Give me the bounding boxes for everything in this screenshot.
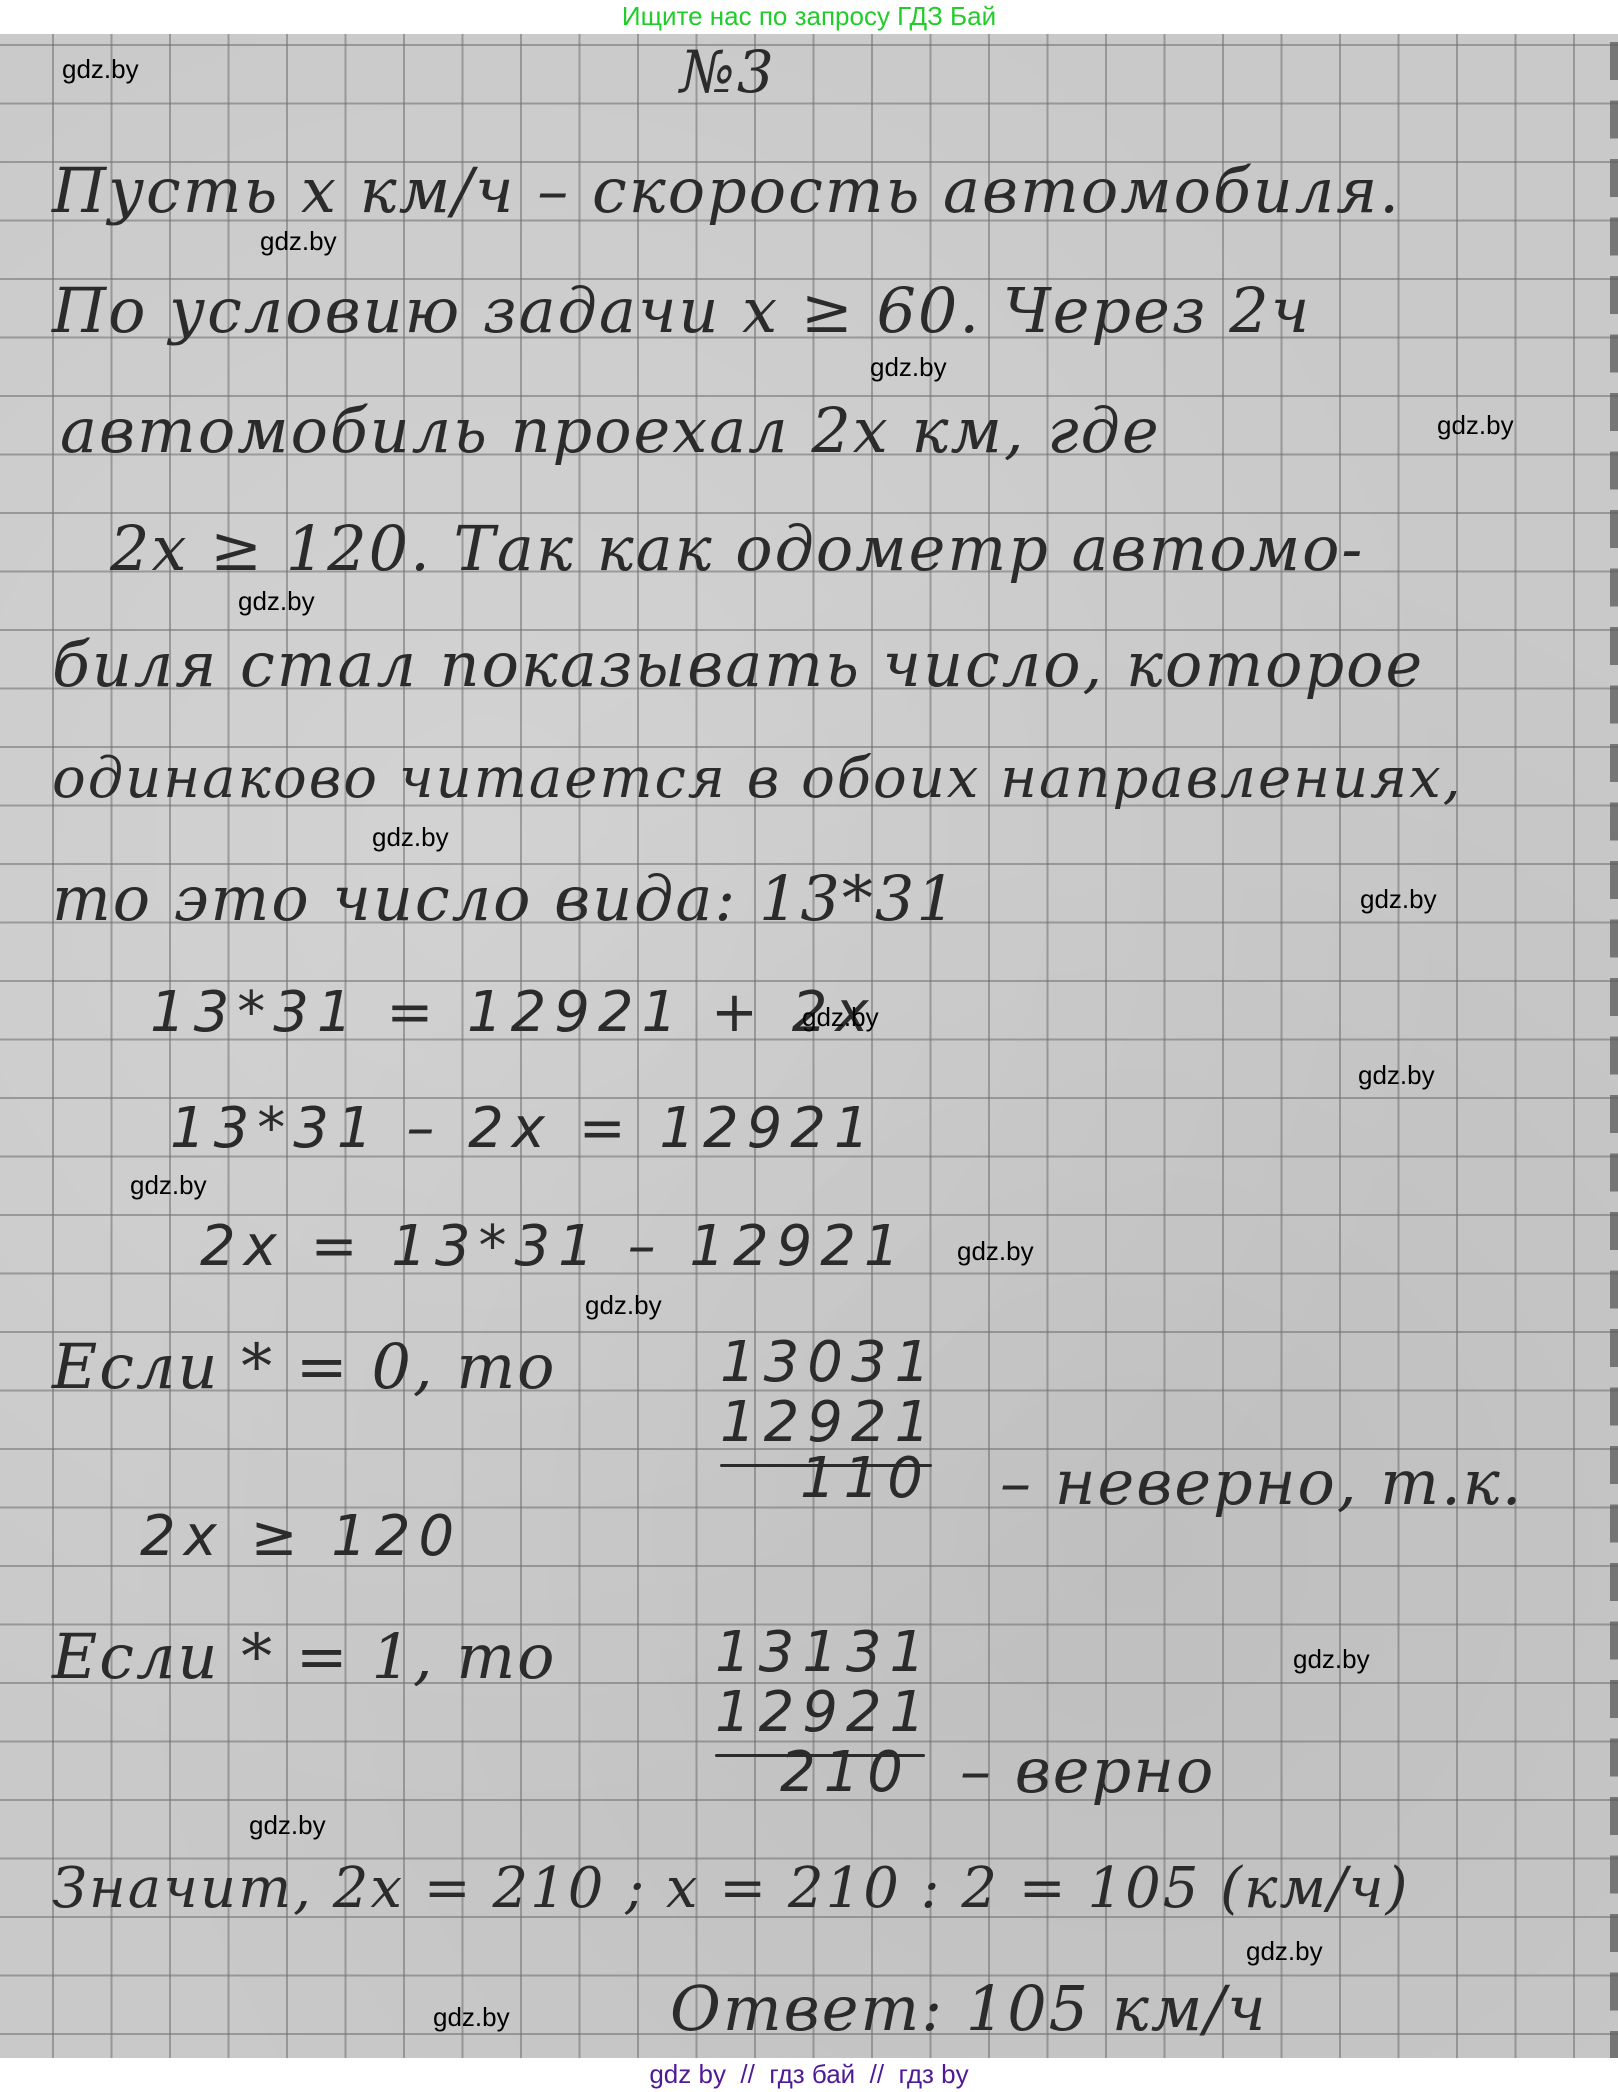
watermark: gdz.by	[1293, 1644, 1370, 1675]
problem-number: №3	[680, 38, 776, 106]
case-one-condition: Если * = 1, то	[52, 1620, 556, 1693]
text-line-3: автомобиль проехал 2x км, где	[60, 394, 1161, 467]
case-zero-condition: Если * = 0, то	[52, 1330, 556, 1403]
case-zero-result: 110	[800, 1446, 931, 1511]
watermark: gdz.by	[249, 1810, 326, 1841]
text-line-4: 2x ≥ 120. Так как одометр автомо-	[110, 512, 1364, 585]
watermark: gdz.by	[372, 822, 449, 853]
equation-2: 13*31 – 2x = 12921	[170, 1096, 878, 1161]
equation-3: 2x = 13*31 – 12921	[200, 1214, 908, 1279]
equation-1: 13*31 = 12921 + 2x	[150, 980, 876, 1045]
watermark: gdz.by	[260, 226, 337, 257]
watermark: gdz.by	[802, 1002, 879, 1033]
case-one-verdict: – верно	[960, 1734, 1215, 1807]
text-line-2: По условию задачи x ≥ 60. Через 2ч	[52, 274, 1311, 347]
watermark: gdz.by	[585, 1290, 662, 1321]
text-line-6: одинаково читается в обоих направлениях,	[52, 746, 1463, 811]
watermark: gdz.by	[433, 2002, 510, 2033]
case-one-minuend: 13131	[715, 1620, 933, 1685]
case-one-subtrahend: 12921	[715, 1680, 933, 1745]
watermark: gdz.by	[1360, 884, 1437, 915]
spiral-binding	[1610, 34, 1618, 2058]
notebook-page: №3 Пусть x км/ч – скорость автомобиля. П…	[0, 34, 1618, 2058]
text-line-5: биля стал показывать число, которое	[52, 628, 1424, 701]
conclusion: Значит, 2x = 210 ; x = 210 : 2 = 105 (км…	[52, 1856, 1409, 1921]
case-zero-minuend: 13031	[720, 1330, 938, 1395]
case-zero-verdict: – неверно, т.к.	[1000, 1446, 1524, 1519]
watermark: gdz.by	[130, 1170, 207, 1201]
watermark: gdz.by	[62, 54, 139, 85]
watermark: gdz.by	[238, 586, 315, 617]
watermark: gdz.by	[1246, 1936, 1323, 1967]
bottom-banner: gdz by // гдз бай // гдз by	[0, 2058, 1618, 2092]
text-line-7: то это число вида: 13*31	[52, 862, 958, 935]
watermark: gdz.by	[1358, 1060, 1435, 1091]
watermark: gdz.by	[870, 352, 947, 383]
watermark: gdz.by	[1437, 410, 1514, 441]
top-banner-text: Ищите нас по запросу ГДЗ Бай	[622, 1, 996, 31]
answer: Ответ: 105 км/ч	[670, 1972, 1268, 2045]
case-zero-reason: 2x ≥ 120	[140, 1504, 462, 1569]
text-line-1: Пусть x км/ч – скорость автомобиля.	[52, 154, 1401, 227]
watermark: gdz.by	[957, 1236, 1034, 1267]
case-one-result: 210	[780, 1740, 911, 1805]
bottom-banner-text: gdz by // гдз бай // гдз by	[649, 2059, 968, 2089]
top-banner: Ищите нас по запросу ГДЗ Бай	[0, 0, 1618, 34]
